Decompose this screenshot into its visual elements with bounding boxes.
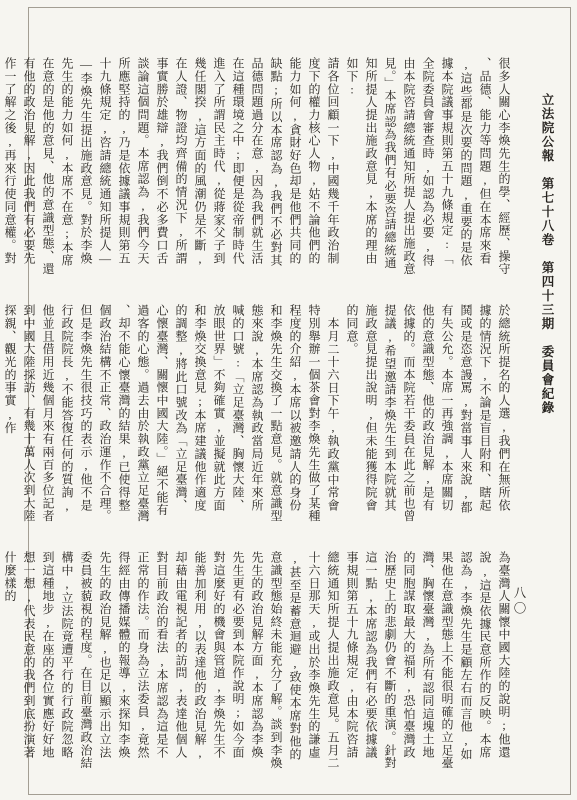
gazette-header: 立法院公報 第七十八卷 第四十三期 委員會紀錄: [539, 93, 555, 423]
paragraph: 本月二十六日下午,執政黨中常會特別舉辦一個茶會對李煥先生做了某種程度的介紹,本席…: [0, 304, 342, 524]
paragraph: 請各位回顧一下,中國幾千年政治制度下的權力核心人物,姑不論他們的能力如何,貪財好…: [0, 57, 342, 277]
text-band-bottom: 為臺灣人關懷中國大陸的說明;他還說,這是依據民意所作的反映。本席認為,李煥先生是…: [35, 551, 513, 771]
paragraph: 為臺灣人關懷中國大陸的說明;他還說,這是依據民意所作的反映。本席認為,李煥先生是…: [0, 551, 513, 771]
page-number: 八〇: [512, 586, 526, 626]
gazette-scanned-page: 立法院公報 第七十八卷 第四十三期 委員會紀錄 八〇 很多人關心李煥先生的學、經…: [0, 0, 577, 800]
text-band-top: 很多人關心李煥先生的學、經歷、操守、品德、能力等問題,但在本席來看,這些都是次要…: [35, 57, 513, 277]
text-band-middle: 於總統所提名的人選,我們在無所依據的情況下,不論是盲目附和、瞎起鬨或是恣意謾罵,…: [35, 304, 513, 524]
paragraph: 於總統所提名的人選,我們在無所依據的情況下,不論是盲目附和、瞎起鬨或是恣意謾罵,…: [342, 304, 513, 524]
paragraph: 很多人關心李煥先生的學、經歷、操守、品德、能力等問題,但在本席來看,這些都是次要…: [342, 57, 513, 277]
